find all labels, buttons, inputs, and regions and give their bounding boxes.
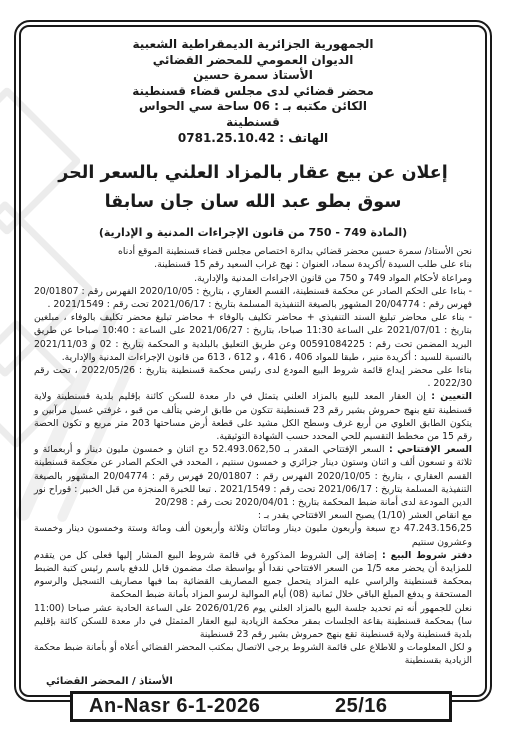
paragraph-text: - بناء على محاضر تبليغ السند التنفيذي + … bbox=[34, 312, 472, 363]
letterhead-line-bailiff-name: الأستاذ سمرة حسين bbox=[34, 68, 472, 84]
letterhead: الجمهورية الجزائرية الديمقراطية الشعبية … bbox=[34, 37, 472, 146]
paragraph-reduced-price: 47.243.156,25 دج سبعة وأربعون مليون دينا… bbox=[34, 522, 472, 548]
newspaper-footer-stamp: An-Nasr 6-1-2026 25/16 bbox=[70, 691, 452, 722]
notice-content: الجمهورية الجزائرية الديمقراطية الشعبية … bbox=[19, 25, 487, 697]
paragraph-tenth-reduction: مع انقاص العشر (1/10) يصبح السعر الافتتا… bbox=[34, 509, 472, 522]
paragraph-notifications: - بناء على محاضر تبليغ السند التنفيذي + … bbox=[34, 311, 472, 364]
paragraph-label: السعر الإفتتاحي : bbox=[385, 444, 472, 455]
paragraph-deposit: بناءا على محضر إيداع قائمة شروط البيع ال… bbox=[34, 364, 472, 390]
letterhead-line-republic: الجمهورية الجزائرية الديمقراطية الشعبية bbox=[34, 37, 472, 53]
paragraph-opening-price: السعر الإفتتاحي : السعر الإفتتاحي المقدر… bbox=[34, 443, 472, 509]
newspaper-notice-page: الجمهورية الجزائرية الديمقراطية الشعبية … bbox=[0, 0, 509, 755]
notice-border-frame: الجمهورية الجزائرية الديمقراطية الشعبية … bbox=[14, 20, 492, 702]
publication-name-date: An-Nasr 6-1-2026 bbox=[89, 695, 260, 718]
paragraph-contact-info: و لكل المعلومات و للاطلاع على قائمة الشر… bbox=[34, 641, 472, 667]
paragraph-property-designation: التعيين : إن العقار المعد للبيع بالمزاد … bbox=[34, 390, 472, 443]
paragraph-text: بناءا على محضر إيداع قائمة شروط البيع ال… bbox=[34, 365, 472, 389]
paragraph-intro: نحن الأستاذ/ سمرة حسين محضر قضائي بدائرة… bbox=[34, 245, 472, 258]
paragraph-sale-conditions: دفتر شروط البيع : إضافة إلى الشروط المذك… bbox=[34, 549, 472, 602]
paragraph-legal-basis: ومراعاة لأحكام المواد 749 و 750 من قانون… bbox=[34, 272, 472, 285]
paragraph-judgment: - بناءا على الحكم الصادر عن محكمة قسنطين… bbox=[34, 285, 472, 311]
paragraph-text: 47.243.156,25 دج سبعة وأربعون مليون دينا… bbox=[34, 523, 472, 547]
page-reference: 25/16 bbox=[335, 695, 388, 718]
letterhead-line-city: قسنطينة bbox=[34, 115, 472, 131]
paragraph-text: إن العقار المعد للبيع بالمزاد العلني يتم… bbox=[34, 391, 472, 442]
paragraph-auction-date: نعلن للجمهور أنه تم تحديد جلسة البيع بال… bbox=[34, 602, 472, 642]
paragraph-label: التعيين : bbox=[426, 391, 472, 402]
paragraph-text: ومراعاة لأحكام المواد 749 و 750 من قانون… bbox=[194, 273, 472, 284]
letterhead-line-phone: الهاتف : 0781.25.10.42 bbox=[34, 131, 472, 147]
paragraph-text: بناء على طلب السيدة /أكريدة سماد، العنوا… bbox=[154, 259, 472, 270]
paragraph-text: و لكل المعلومات و للاطلاع على قائمة الشر… bbox=[34, 642, 472, 666]
notice-body: نحن الأستاذ/ سمرة حسين محضر قضائي بدائرة… bbox=[34, 245, 472, 668]
notice-subtitle: (المادة 749 - 750 من قانون الإجراءات الم… bbox=[34, 226, 472, 240]
paragraph-text: نعلن للجمهور أنه تم تحديد جلسة البيع بال… bbox=[34, 603, 472, 640]
letterhead-line-office: الديوان العمومي للمحضر القضائي bbox=[34, 53, 472, 69]
paragraph-text: - بناءا على الحكم الصادر عن محكمة قسنطين… bbox=[34, 286, 472, 310]
paragraph-label: دفتر شروط البيع : bbox=[377, 550, 472, 561]
paragraph-text: نحن الأستاذ/ سمرة حسين محضر قضائي بدائرة… bbox=[118, 246, 472, 257]
notice-title: إعلان عن بيع عقار بالمزاد العلني بالسعر … bbox=[34, 159, 472, 217]
letterhead-line-jurisdiction: محضر قضائي لدى مجلس قضاء قسنطينة bbox=[34, 84, 472, 100]
signature-line: الأستاذ / المحضر القضائي bbox=[34, 676, 472, 687]
paragraph-text: مع انقاص العشر (1/10) يصبح السعر الافتتا… bbox=[258, 510, 472, 521]
paragraph-request: بناء على طلب السيدة /أكريدة سماد، العنوا… bbox=[34, 258, 472, 271]
letterhead-line-address: الكائن مكتبه بـ : 06 ساحة سي الحواس bbox=[34, 99, 472, 115]
